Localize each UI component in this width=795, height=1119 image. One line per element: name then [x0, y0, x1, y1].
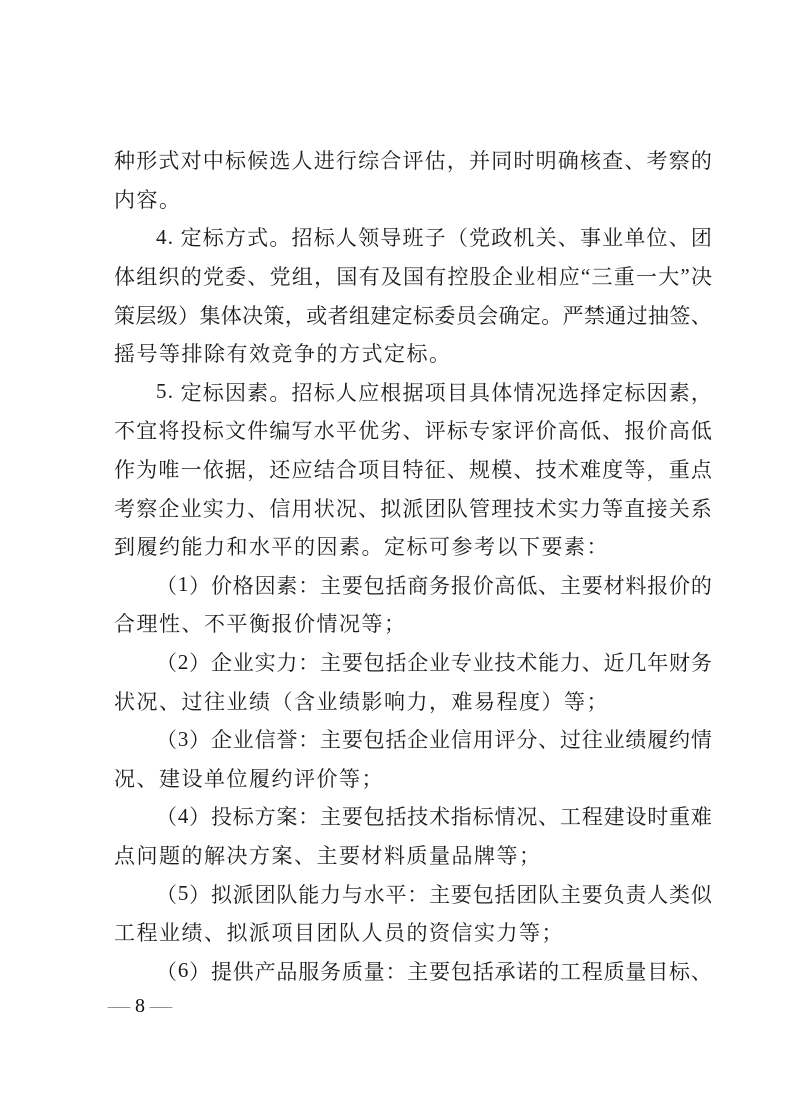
text-line: 到履约能力和水平的因素。定标可参考以下要素： [114, 527, 712, 566]
document-body: 种形式对中标候选人进行综合评估，并同时明确核查、考察的内容。4. 定标方式。招标… [114, 141, 712, 990]
text-line: 状况、过往业绩（含业绩影响力，难易程度）等； [114, 681, 712, 720]
text-line: 作为唯一依据，还应结合项目特征、规模、技术难度等，重点 [114, 450, 712, 489]
text-line: 4. 定标方式。招标人领导班子（党政机关、事业单位、团 [114, 218, 712, 257]
text-line: 5. 定标因素。招标人应根据项目具体情况选择定标因素， [114, 373, 712, 412]
text-line: （2）企业实力：主要包括企业专业技术能力、近几年财务 [114, 643, 712, 682]
text-line: 策层级）集体决策，或者组建定标委员会确定。严禁通过抽签、 [114, 295, 712, 334]
text-line: 况、建设单位履约评价等； [114, 759, 712, 798]
text-line: 不宜将投标文件编写水平优劣、评标专家评价高低、报价高低 [114, 411, 712, 450]
text-line: 内容。 [114, 180, 712, 219]
text-line: 体组织的党委、党组，国有及国有控股企业相应“三重一大”决 [114, 257, 712, 296]
text-line: （6）提供产品服务质量：主要包括承诺的工程质量目标、 [114, 951, 712, 990]
document-page: 种形式对中标候选人进行综合评估，并同时明确核查、考察的内容。4. 定标方式。招标… [0, 0, 795, 1119]
text-line: 种形式对中标候选人进行综合评估，并同时明确核查、考察的 [114, 141, 712, 180]
text-line: 点问题的解决方案、主要材料质量品牌等； [114, 836, 712, 875]
text-line: 工程业绩、拟派项目团队人员的资信实力等； [114, 913, 712, 952]
text-line: （4）投标方案：主要包括技术指标情况、工程建设时重难 [114, 797, 712, 836]
text-line: （3）企业信誉：主要包括企业信用评分、过往业绩履约情 [114, 720, 712, 759]
footer-dash-right: — [150, 996, 173, 1017]
footer-dash-left: — [108, 996, 131, 1017]
text-line: 摇号等排除有效竞争的方式定标。 [114, 334, 712, 373]
text-line: （5）拟派团队能力与水平：主要包括团队主要负责人类似 [114, 874, 712, 913]
page-number: 8 [135, 995, 145, 1018]
text-line: （1）价格因素：主要包括商务报价高低、主要材料报价的 [114, 566, 712, 605]
text-line: 合理性、不平衡报价情况等； [114, 604, 712, 643]
page-footer: — 8 — [110, 993, 170, 1019]
text-line: 考察企业实力、信用状况、拟派团队管理技术实力等直接关系 [114, 488, 712, 527]
